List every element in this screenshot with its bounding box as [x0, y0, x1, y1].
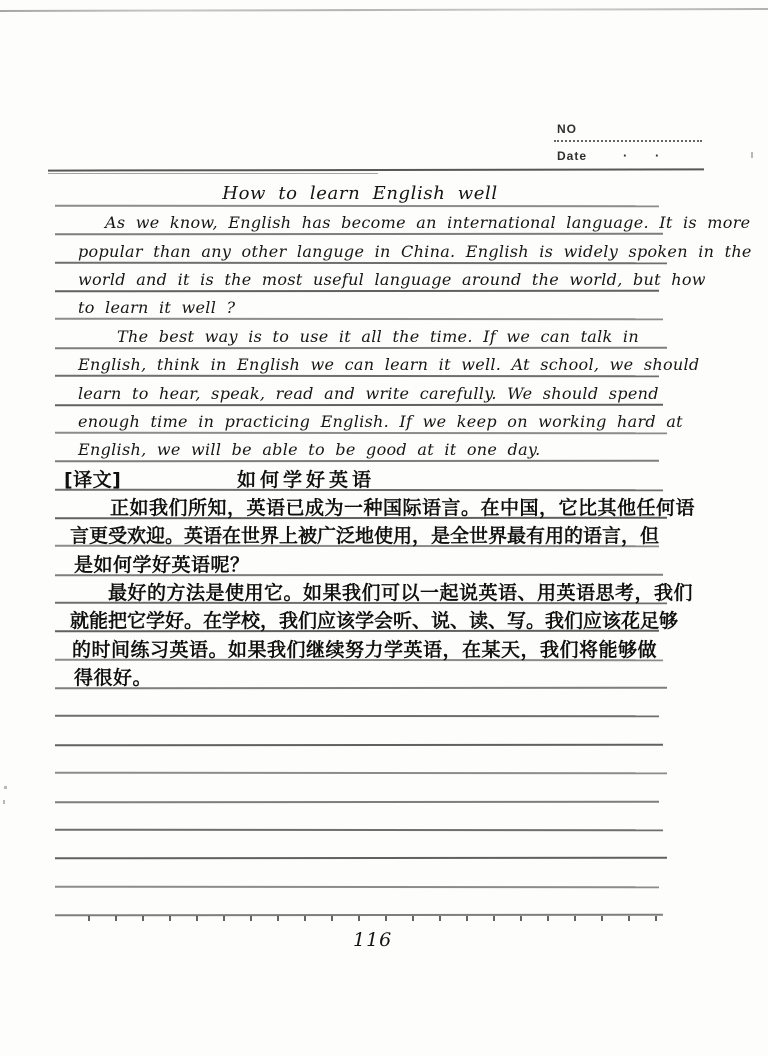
ruler-tick — [196, 916, 198, 921]
ruled-line — [55, 262, 667, 265]
ruled-line — [55, 290, 659, 293]
page-number: 116 — [353, 929, 392, 951]
ruled-line — [55, 233, 663, 236]
ruler-tick — [385, 916, 387, 921]
essay-line-english: enough time in practicing English. If we… — [78, 412, 683, 431]
essay-line-chinese: 言更受欢迎。英语在世界上被广泛地使用，是全世界最有用的语言，但 — [70, 521, 659, 548]
ruler-tick — [331, 916, 333, 921]
date-separator-dot: · — [623, 148, 627, 163]
ruled-line — [55, 801, 659, 804]
ruler-tick — [142, 916, 144, 921]
header-rule-shadow — [48, 173, 378, 174]
ruler-tick — [277, 916, 279, 921]
ruler-tick — [520, 916, 522, 921]
essay-line-chinese: 的时间练习英语。如果我们继续努力学英语，在某天，我们将能够做 — [72, 635, 657, 662]
essay-line-english: English, we will be able to be good at i… — [78, 440, 541, 459]
essay-line-chinese: 是如何学好英语呢？ — [74, 550, 250, 577]
translation-title: 如何学好英语 — [237, 465, 375, 492]
translation-label: [译文] — [64, 465, 121, 492]
ruled-line — [55, 432, 667, 435]
ruler-tick — [601, 916, 603, 921]
ruler-tick — [655, 916, 657, 921]
date-separator-dot: · — [655, 148, 659, 163]
ruled-line — [55, 772, 667, 775]
ruled-line — [55, 375, 659, 378]
no-dotted-line — [554, 140, 702, 142]
ruled-line — [55, 460, 659, 463]
ruler-tick — [628, 916, 630, 921]
ruler-tick — [412, 916, 414, 921]
ruler-tick — [493, 916, 495, 921]
notebook-page: NO Date · · How to learn English well As… — [0, 0, 768, 1056]
ruled-line — [55, 205, 659, 208]
ruled-line — [55, 318, 663, 321]
essay-line-chinese: 得很好。 — [74, 663, 152, 690]
essay-line-english: As we know, English has become an intern… — [105, 213, 750, 232]
ruler-tick — [574, 916, 576, 921]
ruler-tick — [169, 916, 171, 921]
ruler-tick — [88, 916, 90, 921]
ruler-tick — [304, 916, 306, 921]
ruler-tick — [466, 916, 468, 921]
essay-line-english: English, think in English we can learn i… — [78, 355, 699, 374]
essay-line-english: The best way is to use it all the time. … — [117, 327, 639, 346]
ruler-tick — [250, 916, 252, 921]
header-rule — [48, 168, 704, 171]
ruled-line — [55, 715, 659, 718]
scan-speck — [4, 786, 7, 789]
essay-line-chinese: 最好的方法是使用它。如果我们可以一起说英语、用英语思考，我们 — [108, 578, 693, 605]
essay-line-english: learn to hear, speak, read and write car… — [78, 384, 659, 403]
scan-speck — [3, 800, 5, 804]
essay-line-english: to learn it well ? — [78, 298, 235, 317]
date-label: Date — [557, 149, 587, 163]
essay-line-english: world and it is the most useful language… — [78, 270, 706, 289]
ruler-tick — [223, 916, 225, 921]
ruled-line — [55, 886, 659, 889]
essay-line-chinese: 就能把它学好。在学校，我们应该学会听、说、读、写。我们应该花足够 — [70, 606, 678, 633]
ruled-line — [55, 404, 663, 407]
ruler-tick — [115, 916, 117, 921]
ruler-tick — [439, 916, 441, 921]
essay-title: How to learn English well — [55, 183, 665, 204]
ruled-line — [55, 347, 667, 350]
scan-artifact-line — [0, 8, 768, 12]
no-label: NO — [557, 122, 577, 136]
essay-line-english: popular than any other languge in China.… — [78, 242, 752, 261]
scan-speck — [751, 152, 753, 158]
essay-line-chinese: 正如我们所知，英语已成为一种国际语言。在中国，它比其他任何语 — [110, 493, 695, 520]
ruler-tick — [547, 916, 549, 921]
ruled-line — [55, 829, 663, 832]
ruled-line — [55, 857, 667, 860]
ruled-line — [55, 744, 663, 747]
ruler-tick — [358, 916, 360, 921]
